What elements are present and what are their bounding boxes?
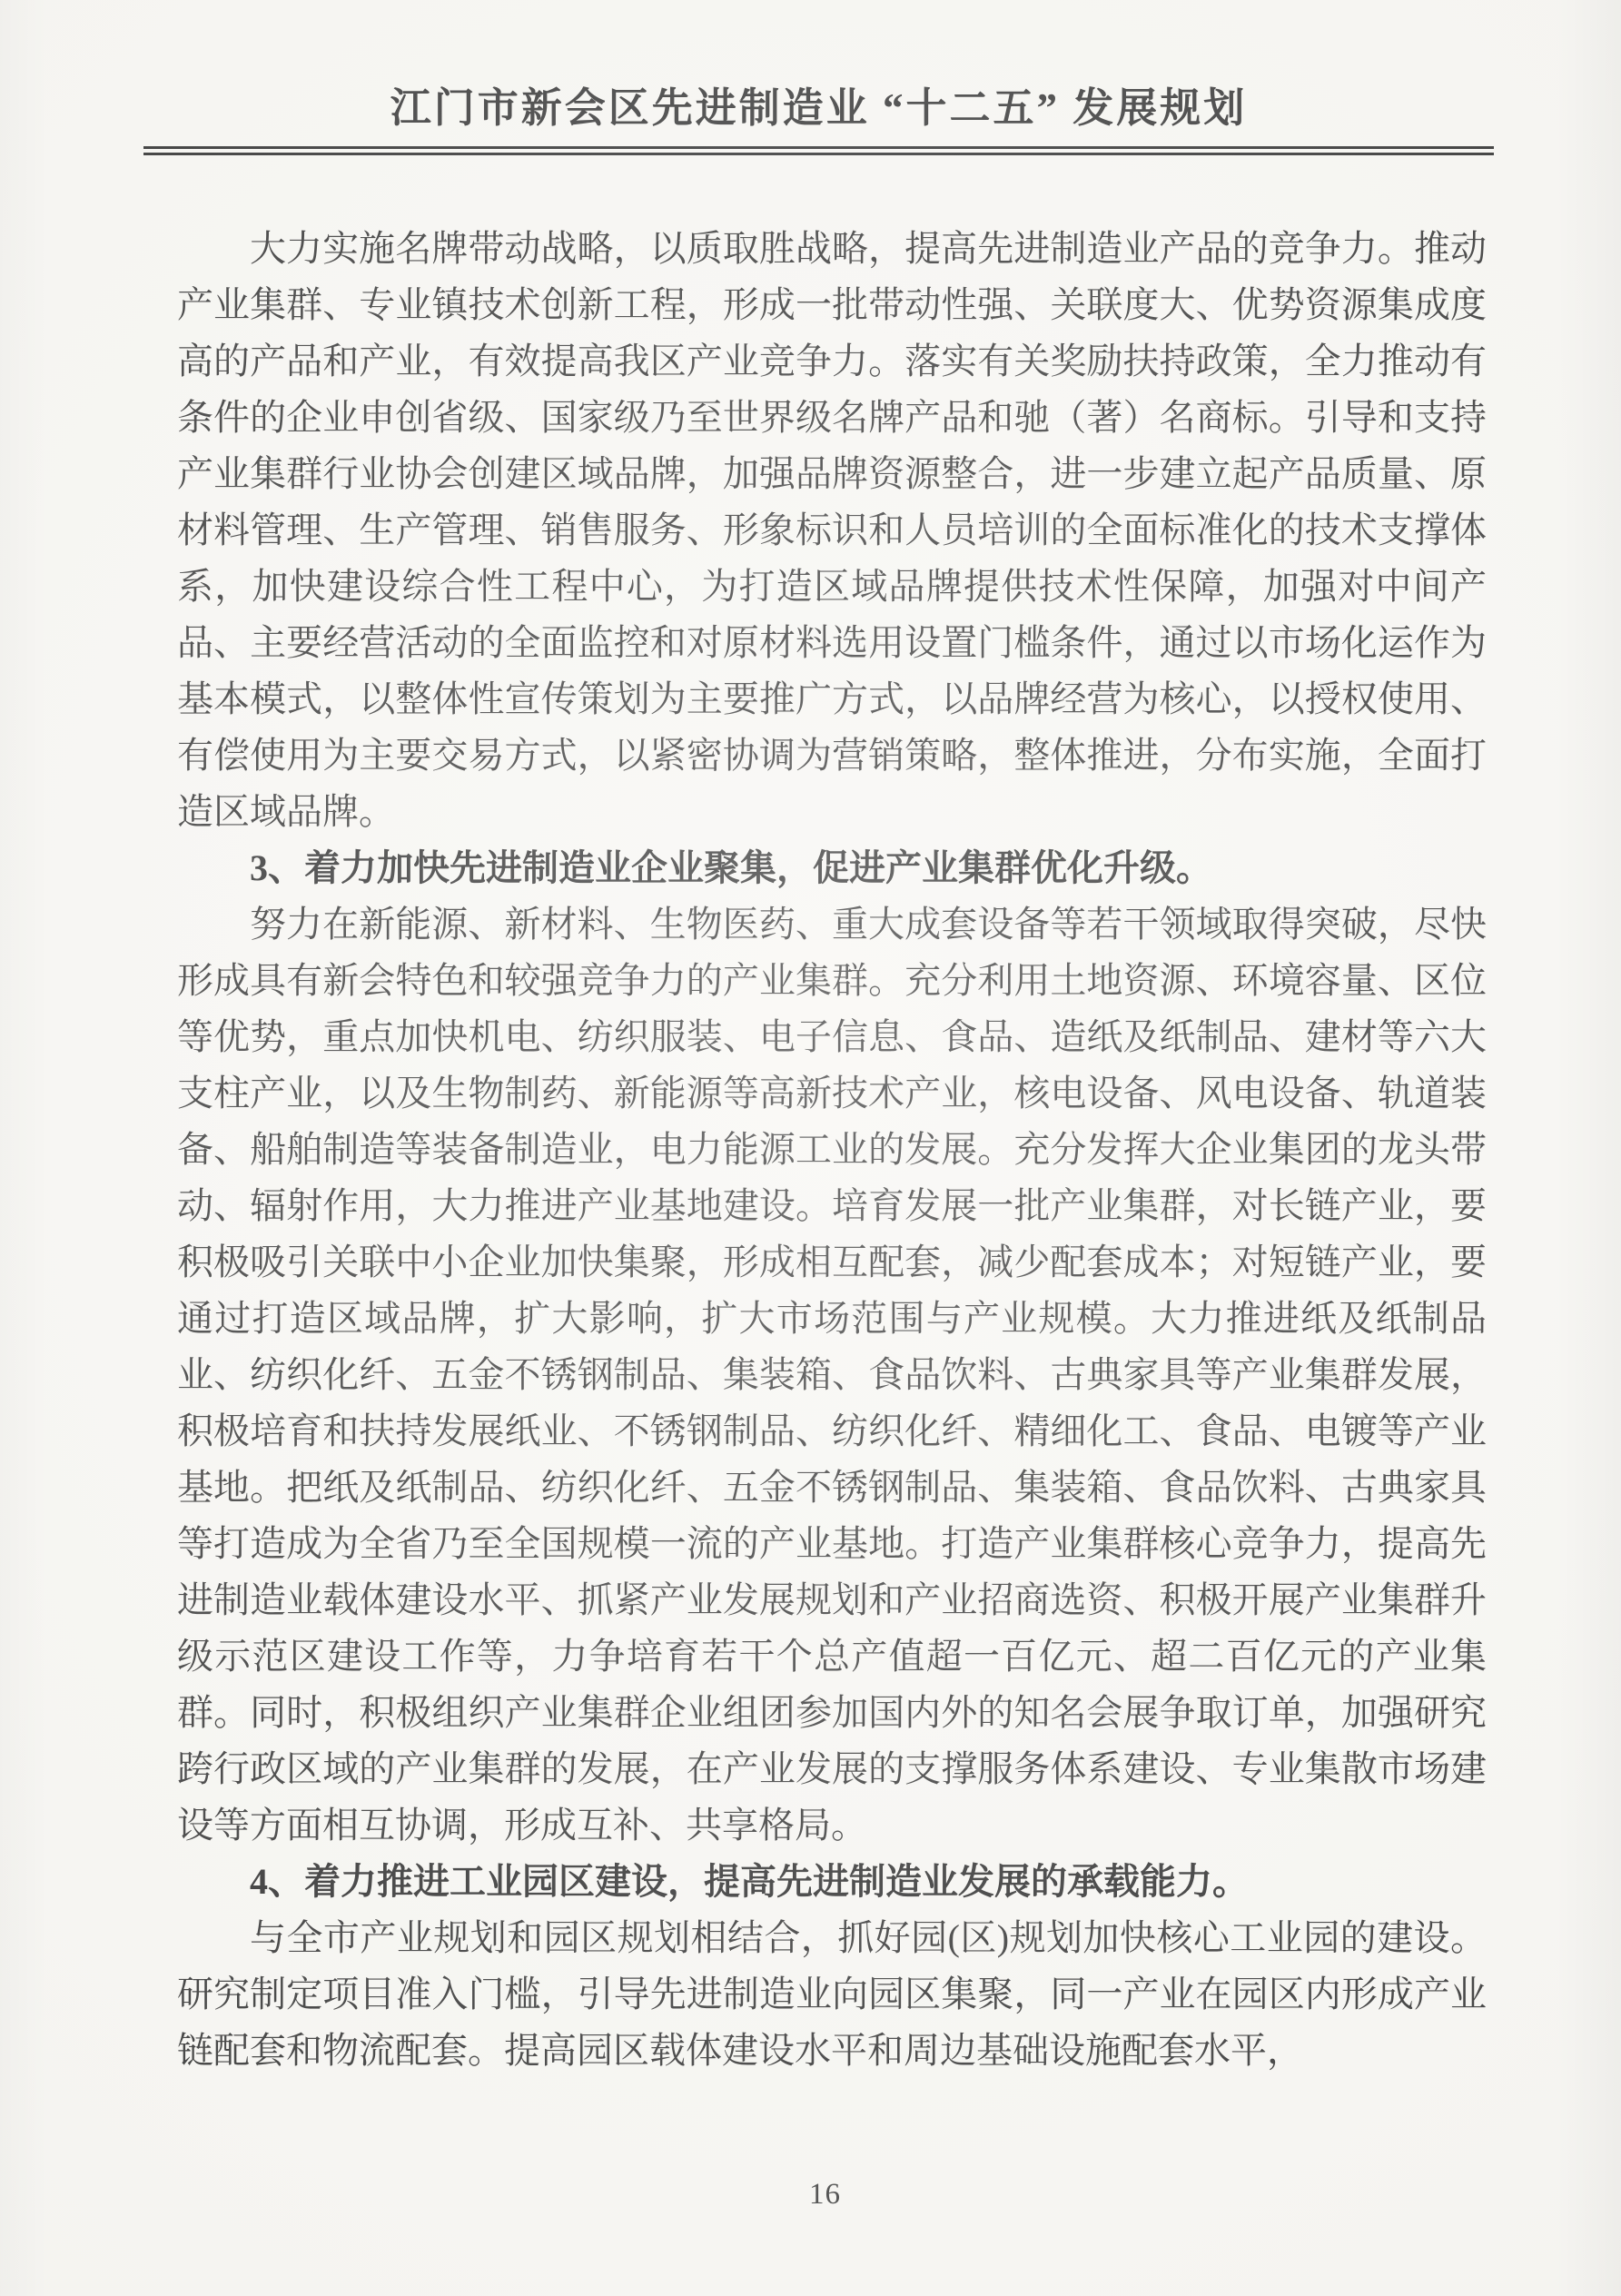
page-footer: 16 — [0, 2178, 1621, 2212]
document-body: 大力实施名牌带动战略，以质取胜战略，提高先进制造业产品的竞争力。推动产业集群、专… — [177, 221, 1487, 2079]
header-rule — [143, 146, 1494, 155]
paragraph-industry-clusters: 努力在新能源、新材料、生物医药、重大成套设备等若干领域取得突破，尽快形成具有新会… — [177, 896, 1487, 1854]
paragraph-industrial-parks: 与全市产业规划和园区规划相结合，抓好园(区)规划加快核心工业园的建设。研究制定项… — [177, 1910, 1487, 2079]
page-number: 16 — [809, 2178, 841, 2212]
header-title: 江门市新会区先进制造业 “十二五” 发展规划 — [143, 74, 1494, 134]
paragraph-brand-strategy: 大力实施名牌带动战略，以质取胜战略，提高先进制造业产品的竞争力。推动产业集群、专… — [177, 221, 1487, 840]
section-heading-3: 3、着力加快先进制造业企业聚集，促进产业集群优化升级。 — [177, 840, 1487, 896]
section-heading-4: 4、着力推进工业园区建设，提高先进制造业发展的承载能力。 — [177, 1854, 1487, 1910]
page-header: 江门市新会区先进制造业 “十二五” 发展规划 — [143, 74, 1494, 155]
document-page: 江门市新会区先进制造业 “十二五” 发展规划 大力实施名牌带动战略，以质取胜战略… — [0, 0, 1621, 2296]
